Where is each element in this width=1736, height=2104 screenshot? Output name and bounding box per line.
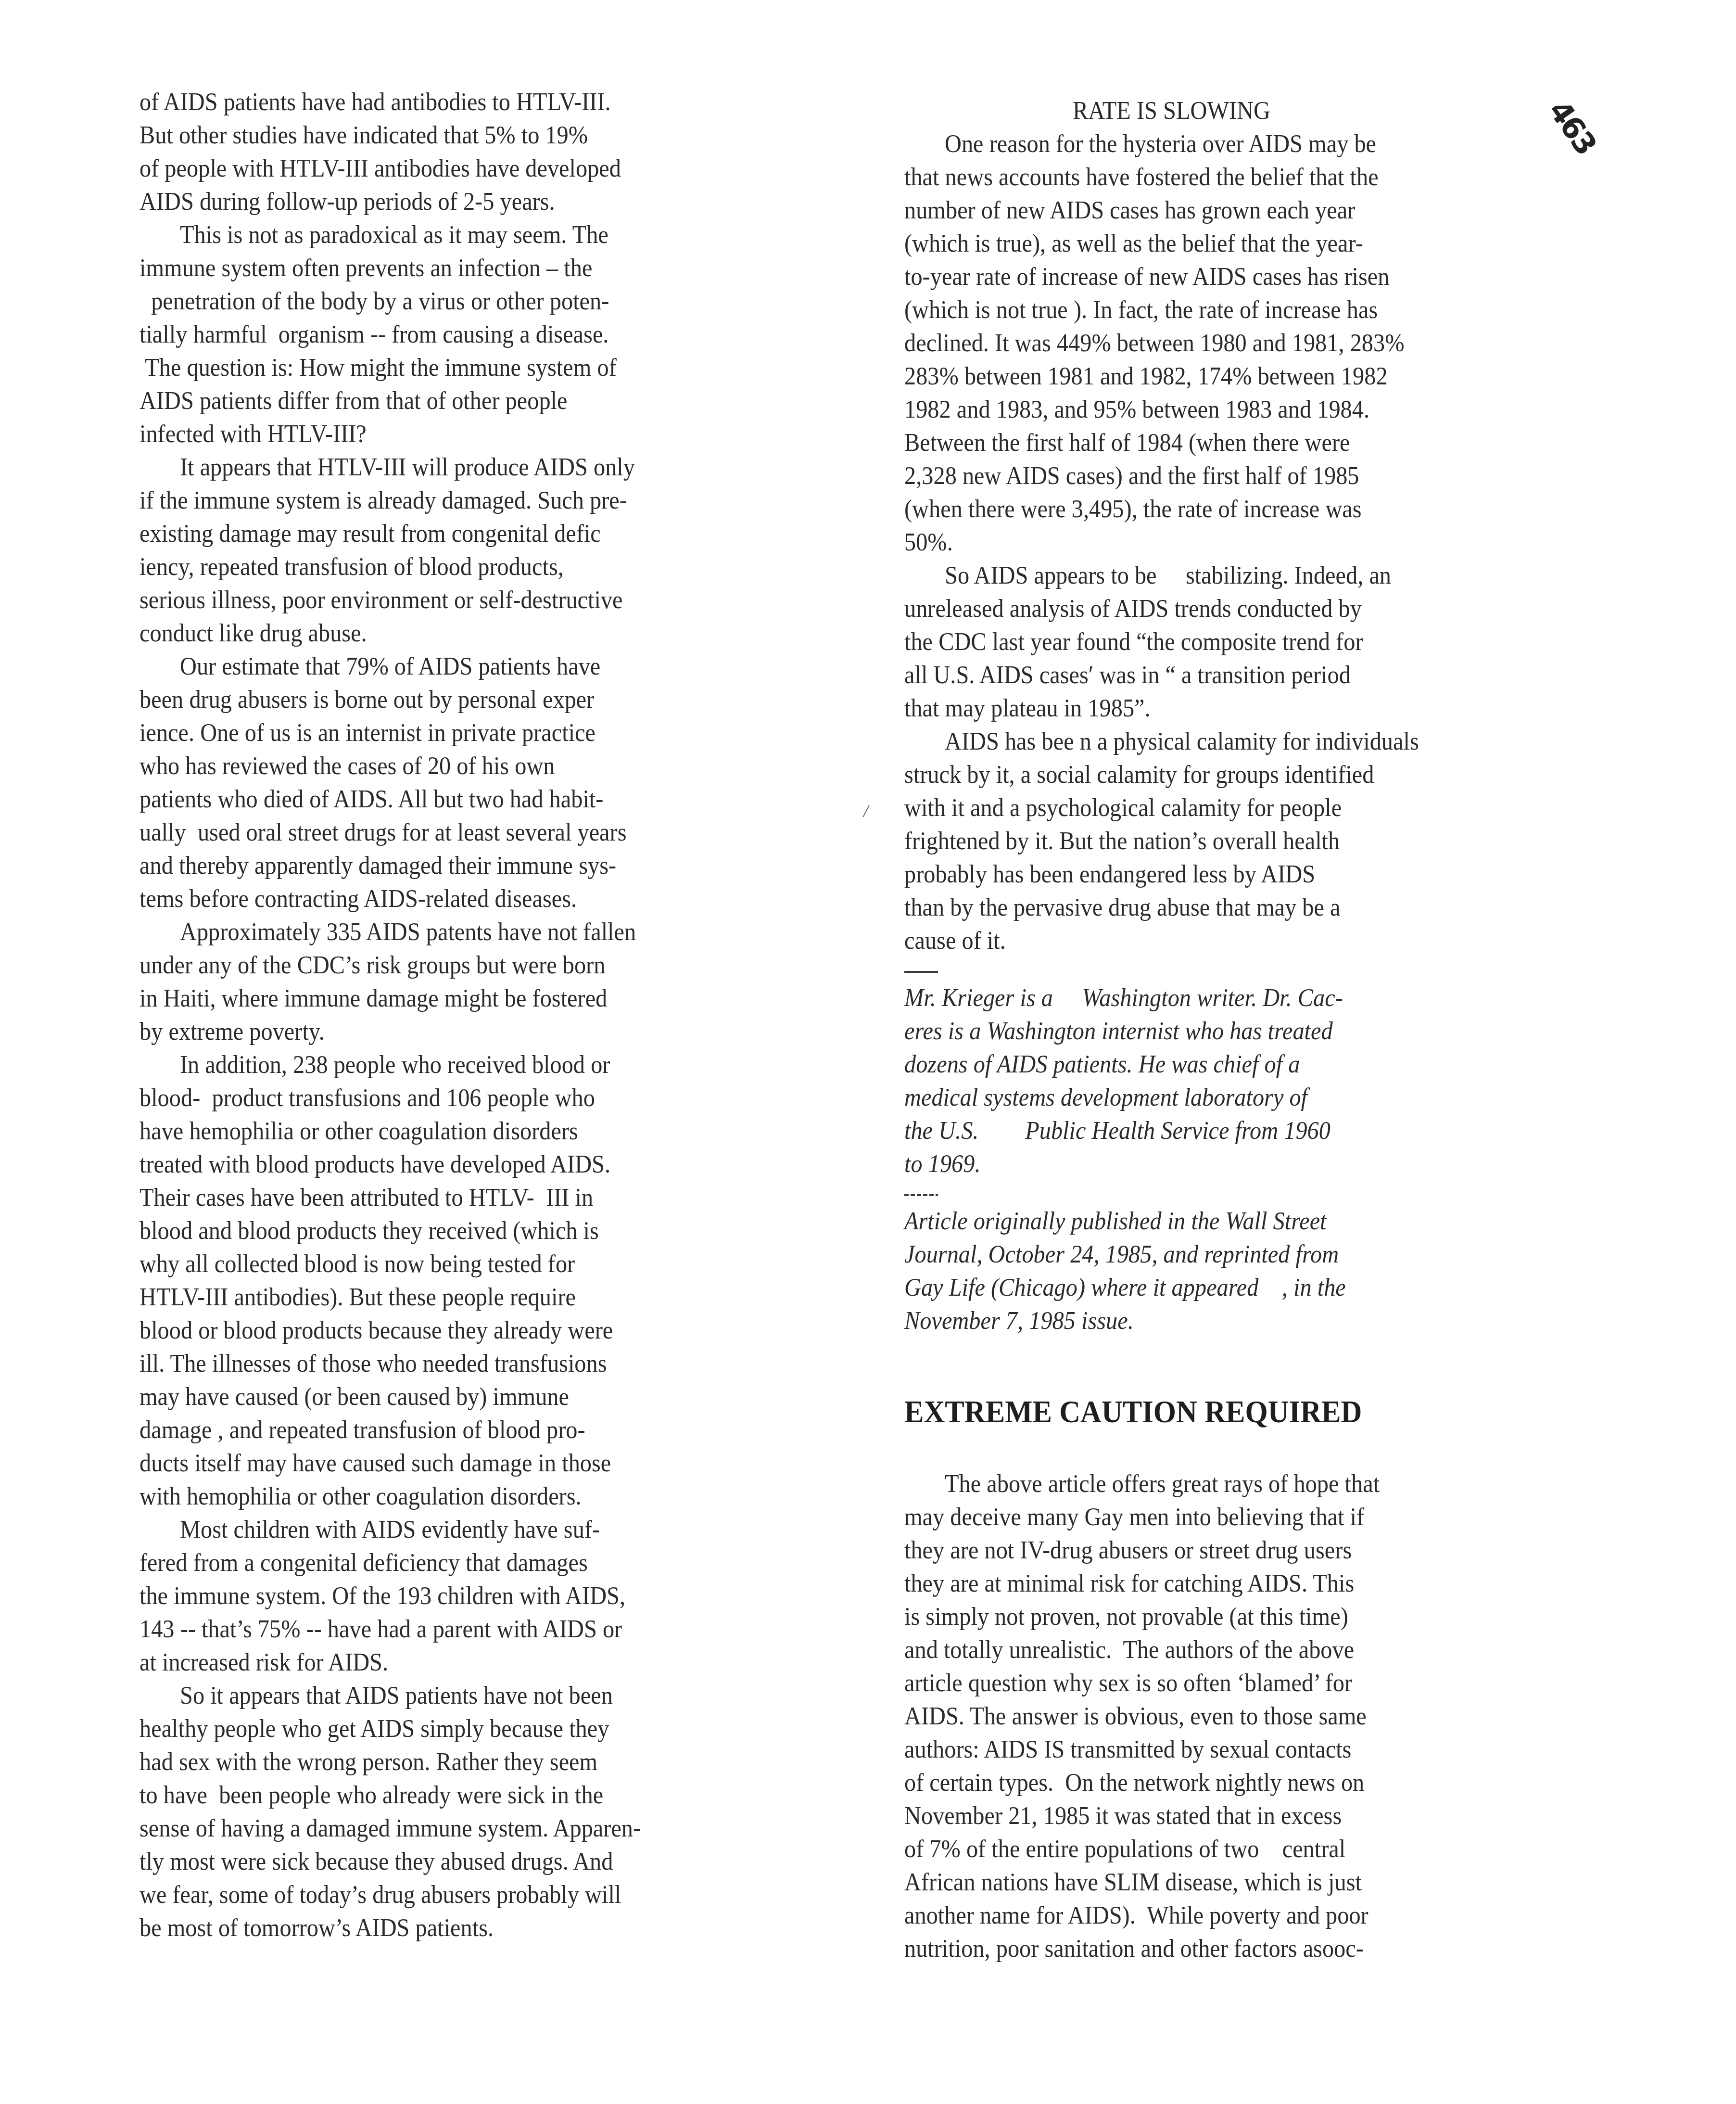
author-note-line: Mr. Krieger is a Washington writer. Dr. … [904,982,1343,1015]
paragraph-line: Their cases have been attributed to HTLV… [139,1181,593,1214]
paragraph-line: penetration of the body by a virus or ot… [139,285,609,318]
paragraph-line: declined. It was 449% between 1980 and 1… [904,327,1404,360]
paragraph-line: blood and blood products they received (… [139,1214,599,1248]
paragraph-line: cause of it. [904,924,1006,957]
source-note-line: Journal, October 24, 1985, and reprinted… [904,1238,1339,1271]
paragraph-line: that may plateau in 1985”. [904,692,1151,725]
paragraph-line: So it appears that AIDS patients have no… [180,1679,613,1712]
author-note-line: medical systems development laboratory o… [904,1081,1307,1114]
page-number: 463 [1542,94,1603,160]
paragraph-line: This is not as paradoxical as it may see… [180,218,608,252]
paragraph-line: infected with HTLV-III? [139,418,367,451]
paragraph-line: have hemophilia or other coagulation dis… [139,1115,578,1148]
editorial-line: of certain types. On the network nightly… [904,1766,1364,1799]
paragraph-line: (when there were 3,495), the rate of inc… [904,493,1362,526]
editorial-line: November 21, 1985 it was stated that in … [904,1799,1342,1833]
paragraph-line: immune system often prevents an infectio… [139,252,592,285]
paragraph-line: ually used oral street drugs for at leas… [139,816,626,849]
author-note-line: the U.S. Public Health Service from 1960 [904,1114,1331,1148]
paragraph-line: In addition, 238 people who received blo… [180,1048,610,1082]
paragraph-line: frightened by it. But the nation’s overa… [904,825,1340,858]
paragraph-line: to-year rate of increase of new AIDS cas… [904,260,1389,293]
paragraph-line: conduct like drug abuse. [139,617,367,650]
paragraph-line: Most children with AIDS evidently have s… [180,1513,600,1546]
paragraph-line: AIDS during follow-up periods of 2-5 yea… [139,185,555,218]
paragraph-line: to have been people who already were sic… [139,1779,603,1812]
paragraph-line: with it and a psychological calamity for… [904,791,1342,825]
paragraph-line: The question is: How might the immune sy… [139,351,617,384]
paragraph-line: tly most were sick because they abused d… [139,1845,613,1878]
paragraph-line: It appears that HTLV-III will produce AI… [180,451,635,484]
separator-rule [904,971,938,973]
editorial-line: and totally unrealistic. The authors of … [904,1633,1354,1667]
editorial-line: The above article offers great rays of h… [945,1467,1380,1501]
editorial-line: African nations have SLIM disease, which… [904,1866,1362,1899]
paragraph-line: Approximately 335 AIDS patents have not … [180,916,636,949]
paragraph-line: 283% between 1981 and 1982, 174% between… [904,360,1388,393]
paragraph-line: in Haiti, where immune damage might be f… [139,982,607,1015]
paragraph-line: why all collected blood is now being tes… [139,1248,575,1281]
editorial-line: is simply not proven, not provable (at t… [904,1600,1348,1633]
paragraph-line: treated with blood products have develop… [139,1148,610,1181]
editorial-line: another name for AIDS). While poverty an… [904,1899,1369,1932]
paragraph-line: all U.S. AIDS cases′ was in “ a transiti… [904,659,1351,692]
paragraph-line: at increased risk for AIDS. [139,1646,388,1679]
paragraph-line: unreleased analysis of AIDS trends condu… [904,592,1362,625]
paragraph-line: sense of having a damaged immune system.… [139,1812,641,1845]
paragraph-line: One reason for the hysteria over AIDS ma… [945,128,1376,161]
paragraph-line: who has reviewed the cases of 20 of his … [139,750,555,783]
paragraph-line: existing damage may result from congenit… [139,517,601,550]
paragraph-line: number of new AIDS cases has grown each … [904,194,1355,227]
source-note-line: Gay Life (Chicago) where it appeared , i… [904,1271,1346,1304]
paragraph-line: ducts itself may have caused such damage… [139,1447,611,1480]
paragraph-line: may have caused (or been caused by) immu… [139,1380,569,1414]
paragraph-line: serious illness, poor environment or sel… [139,584,623,617]
paragraph-line: the CDC last year found “the composite t… [904,625,1363,659]
subheading-rate-is-slowing: RATE IS SLOWING [1073,94,1270,128]
paragraph-line: (which is not true ). In fact, the rate … [904,293,1378,327]
paragraph-line: with hemophilia or other coagulation dis… [139,1480,582,1513]
paragraph-line: the immune system. Of the 193 children w… [139,1580,625,1613]
author-note-line: to 1969. [904,1148,981,1181]
editorial-line: authors: AIDS IS transmitted by sexual c… [904,1733,1351,1766]
paragraph-line: 2,328 new AIDS cases) and the first half… [904,459,1359,493]
paragraph-line: ience. One of us is an internist in priv… [139,716,596,750]
editorial-line: they are at minimal risk for catching AI… [904,1567,1354,1600]
paragraph-line: that news accounts have fostered the bel… [904,161,1379,194]
paragraph-line: 1982 and 1983, and 95% between 1983 and … [904,393,1369,426]
paragraph-line: under any of the CDC’s risk groups but w… [139,949,605,982]
paragraph-line: than by the pervasive drug abuse that ma… [904,891,1340,924]
paragraph-line: 50%. [904,526,953,559]
paragraph-line: But other studies have indicated that 5%… [139,119,588,152]
paragraph-line: (which is true), as well as the belief t… [904,227,1363,260]
paragraph-line: tially harmful organism -- from causing … [139,318,608,351]
paragraph-line: of people with HTLV-III antibodies have … [139,152,621,185]
editorial-line: AIDS. The answer is obvious, even to tho… [904,1700,1367,1733]
paragraph-line: ill. The illnesses of those who needed t… [139,1347,607,1380]
paragraph-line: fered from a congenital deficiency that … [139,1546,588,1580]
paragraph-line: Our estimate that 79% of AIDS patients h… [180,650,600,683]
paragraph-line: by extreme poverty. [139,1015,325,1048]
paragraph-line: we fear, some of today’s drug abusers pr… [139,1878,621,1912]
paragraph-line: been drug abusers is borne out by person… [139,683,594,716]
paragraph-line: probably has been endangered less by AID… [904,858,1315,891]
paragraph-line: HTLV-III antibodies). But these people r… [139,1281,576,1314]
editorial-line: may deceive many Gay men into believing … [904,1501,1364,1534]
paragraph-line: tems before contracting AIDS-related dis… [139,882,577,916]
paragraph-line: So AIDS appears to be stabilizing. Indee… [945,559,1391,592]
stray-mark: / [863,801,868,821]
paragraph-line: had sex with the wrong person. Rather th… [139,1746,597,1779]
paragraph-line: struck by it, a social calamity for grou… [904,758,1374,791]
editorial-line: article question why sex is so often ‘bl… [904,1667,1352,1700]
separator-dashed-rule [904,1194,938,1196]
paragraph-line: Between the first half of 1984 (when the… [904,426,1350,459]
source-note-line: November 7, 1985 issue. [904,1304,1134,1338]
paragraph-line: blood or blood products because they alr… [139,1314,613,1347]
paragraph-line: iency, repeated transfusion of blood pro… [139,550,564,584]
editorial-heading: EXTREME CAUTION REQUIRED [904,1393,1362,1431]
editorial-line: of 7% of the entire populations of two c… [904,1833,1345,1866]
editorial-line: nutrition, poor sanitation and other fac… [904,1932,1364,1965]
paragraph-line: and thereby apparently damaged their imm… [139,849,616,882]
author-note-line: dozens of AIDS patients. He was chief of… [904,1048,1300,1081]
paragraph-line: damage , and repeated transfusion of blo… [139,1414,585,1447]
author-note-line: eres is a Washington internist who has t… [904,1015,1333,1048]
paragraph-line: patients who died of AIDS. All but two h… [139,783,603,816]
paragraph-line: of AIDS patients have had antibodies to … [139,86,611,119]
paragraph-line: AIDS patients differ from that of other … [139,384,568,418]
paragraph-line: if the immune system is already damaged.… [139,484,627,517]
editorial-line: they are not IV-drug abusers or street d… [904,1534,1352,1567]
paragraph-line: AIDS has bee n a physical calamity for i… [945,725,1419,758]
paragraph-line: blood- product transfusions and 106 peop… [139,1082,595,1115]
source-note-line: Article originally published in the Wall… [904,1205,1327,1238]
paragraph-line: be most of tomorrow’s AIDS patients. [139,1912,494,1945]
paragraph-line: healthy people who get AIDS simply becau… [139,1712,609,1746]
paragraph-line: 143 -- that’s 75% -- have had a parent w… [139,1613,622,1646]
